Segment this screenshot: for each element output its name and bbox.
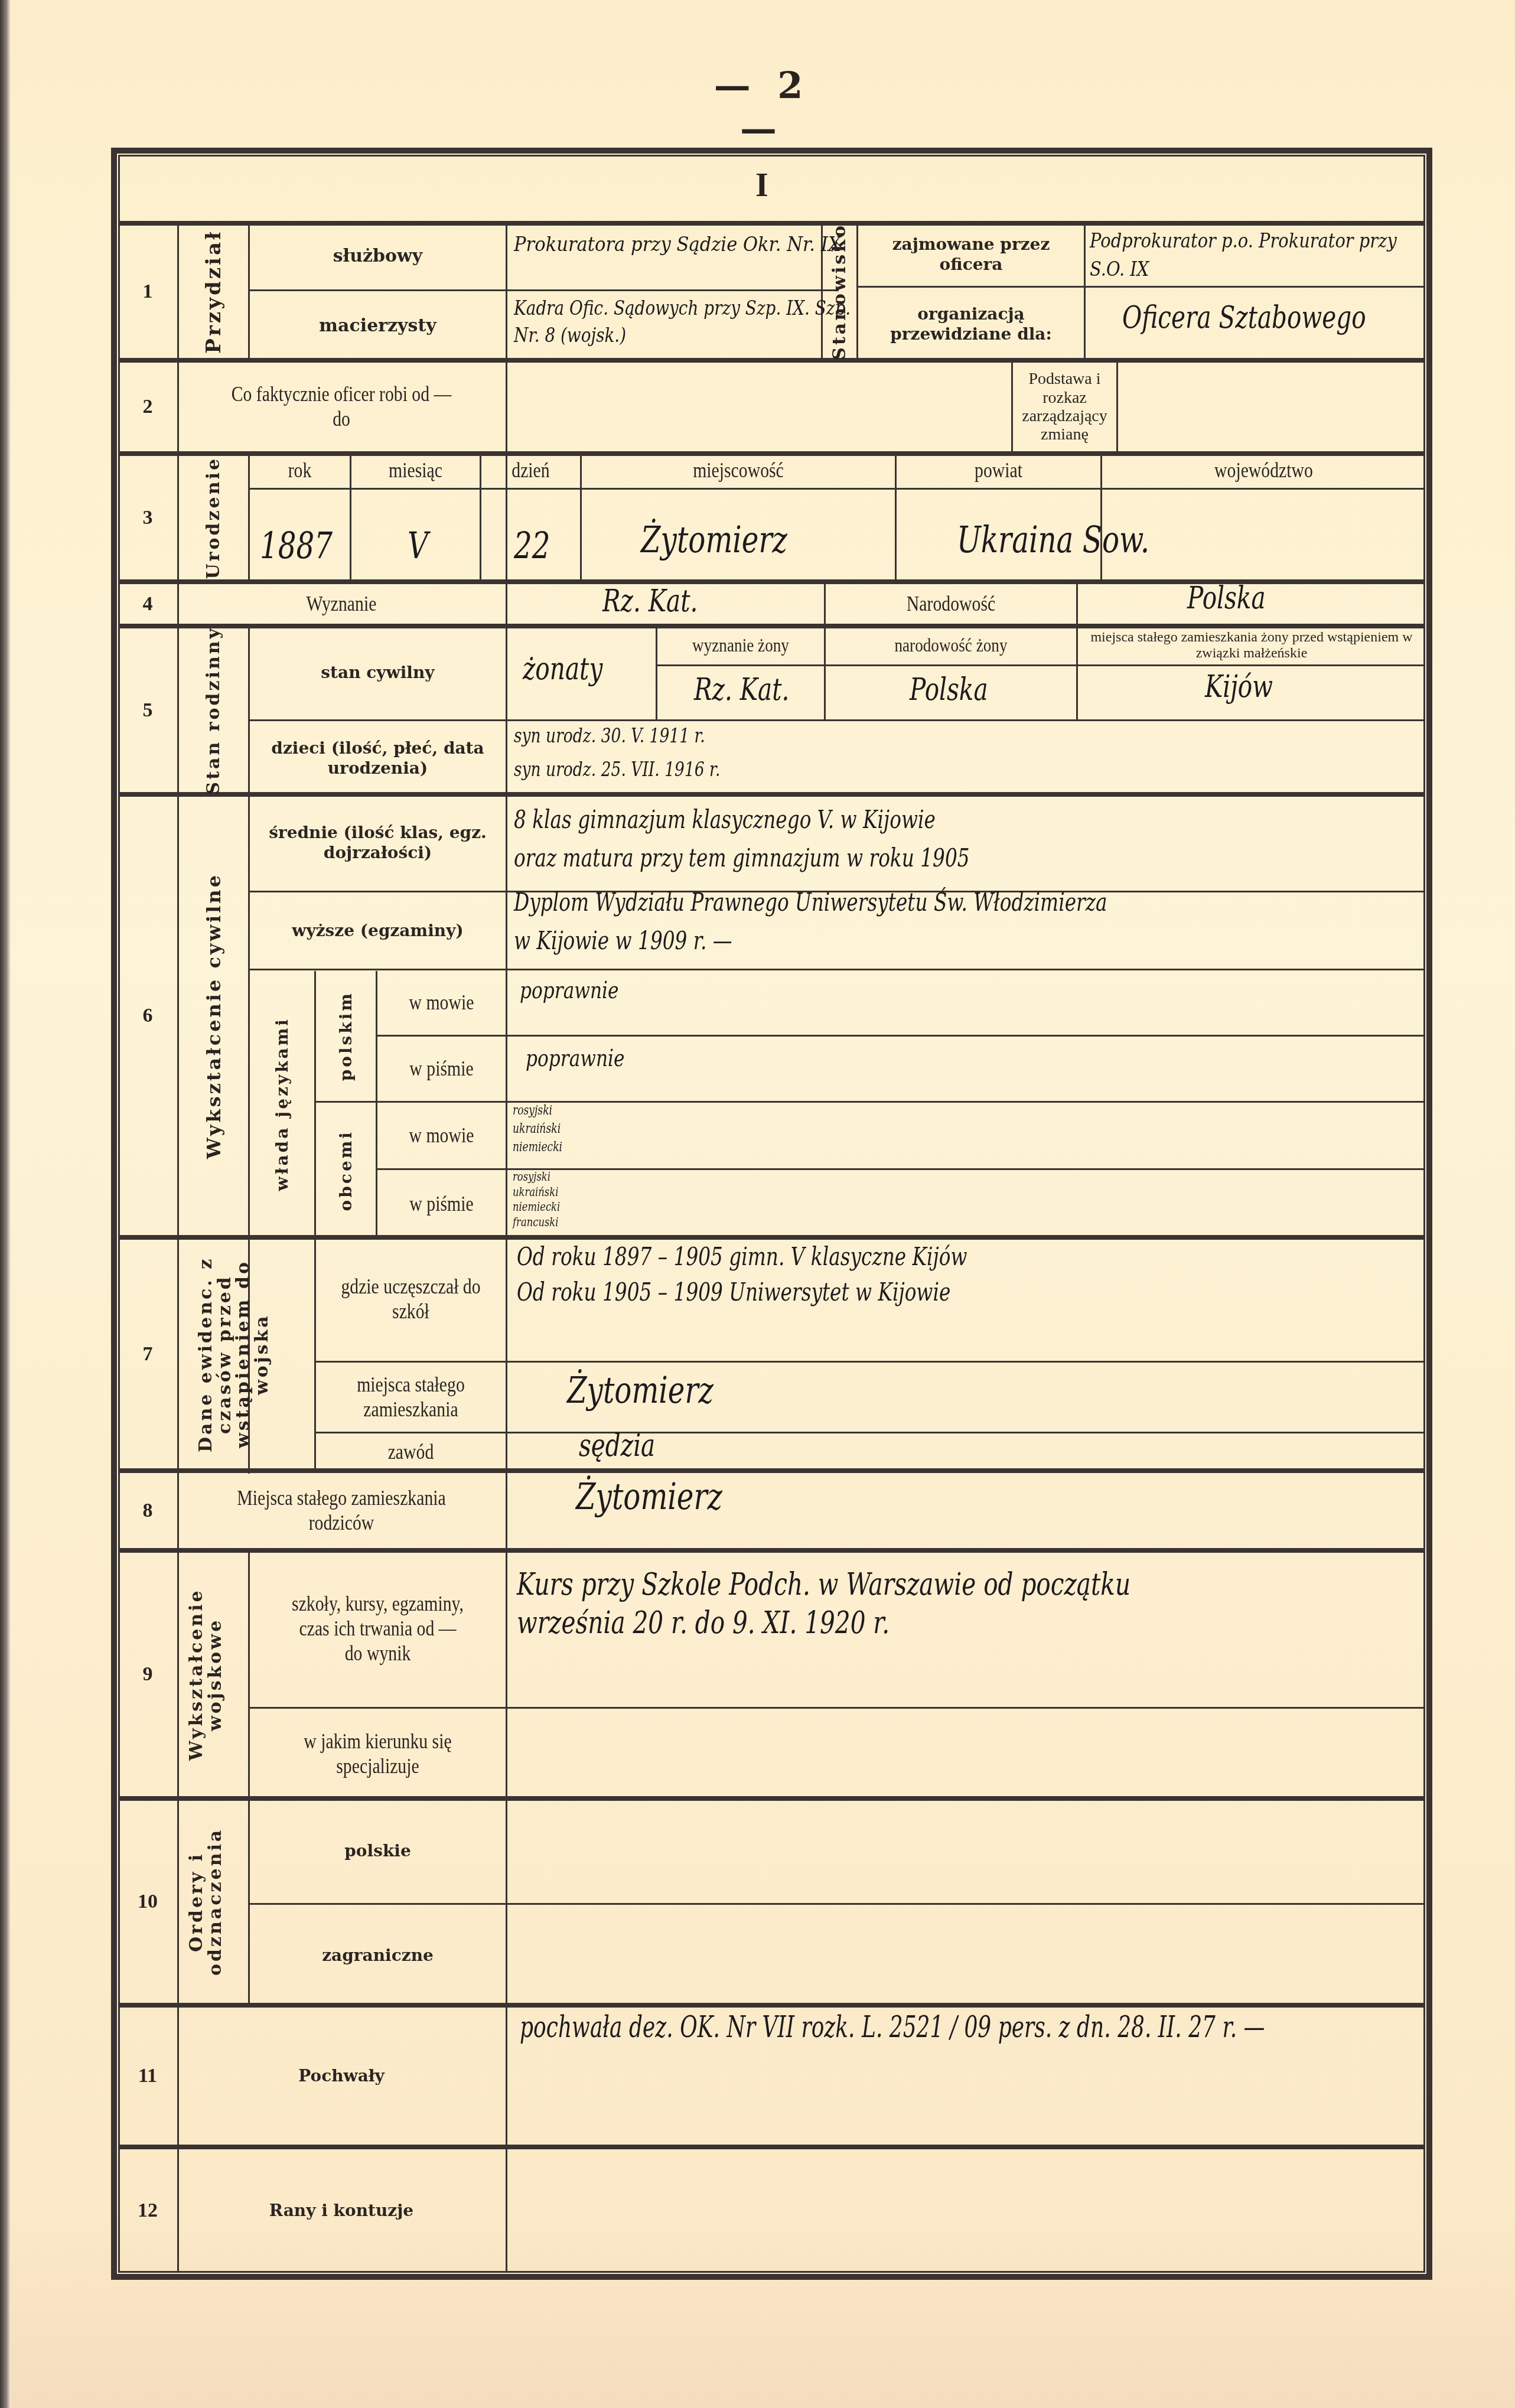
value-child-2[interactable]: syn urodz. 25. VII. 1916 r. [514,759,720,781]
label-actual-duty: Co faktycznie oficer robi od — do [202,360,481,454]
value-polish-writing[interactable]: poprawnie [526,1045,624,1071]
group-label-cell: Dane ewidenc. z czasów przed wstąpieniem… [179,1237,314,1471]
value-birth-year[interactable]: 1887 [260,526,333,566]
group-label-pre-military: Dane ewidenc. z czasów przed wstąpieniem… [197,1248,297,1461]
group-label-languages: włada językami [272,1017,292,1191]
group-label-cell: Stanowisko [823,223,856,360]
value-profession[interactable]: sędzia [579,1429,655,1463]
language-entry: rosyjski [513,1102,562,1120]
label-pochwaly: Pochwały [177,2005,506,2147]
group-label-cell: Urodzenie [179,454,248,582]
label-foreign-speech: w mowie [387,1103,496,1168]
language-entry: ukraiński [513,1185,560,1200]
value-birth-place[interactable]: Żytomierz [641,520,787,560]
col-header-powiat: powiat [912,454,1085,488]
group-label-cell: Ordery i odznaczenia [179,1798,248,2005]
col-header-miesiac: miesiąc [361,454,470,488]
col-divider [1084,223,1086,360]
row-number: 1 [118,223,177,360]
value-narodowosc[interactable]: Polska [1187,582,1266,615]
language-entry: niemiecki [513,1139,562,1157]
label-macierzysty: macierzysty [250,291,506,360]
col-header-dzien: dzień [489,454,573,488]
group-label-military-edu: Wykształcenie wojskowe [187,1586,240,1763]
group-label-cell: obcemi [316,1103,376,1237]
col-divider [506,223,507,2273]
label-stan-cywilny: stan cywilny [250,626,506,719]
value-schools-1[interactable]: Od roku 1897 – 1905 gimn. V klasyczne Ki… [517,1243,967,1270]
value-residence[interactable]: Żytomierz [567,1370,713,1410]
group-label-polish: polskim [336,991,356,1081]
cell-divider [856,286,1425,288]
value-planned[interactable]: Oficera Sztabowego [1122,301,1366,335]
value-birth-day[interactable]: 22 [514,526,550,566]
label-orders-foreign: zagraniczne [250,1905,506,2005]
value-basis[interactable] [1118,360,1425,454]
col-header-wojewodztwo: województwo [1126,454,1401,488]
label-wife-residence: miejsca stałego zamieszkania żony przed … [1078,626,1425,664]
label-wife-religion: wyznanie żony [670,626,812,664]
row-number: 3 [118,454,177,582]
col-divider [376,971,377,1237]
value-wife-religion[interactable]: Rz. Kat. [694,673,789,707]
group-label-cell: Wykształcenie cywilne [179,794,248,1237]
value-child-1[interactable]: syn urodz. 30. V. 1911 r. [514,725,705,747]
row-number: 2 [118,360,177,454]
row-number: 12 [118,2147,177,2274]
cell-divider [314,1432,1425,1433]
value-secondary-edu-1[interactable]: 8 klas gimnazjum klasycznego V. w Kijowi… [514,806,936,833]
value-wife-residence[interactable]: Kijów [1205,670,1273,704]
language-entry: francuski [513,1215,560,1230]
col-divider [824,626,826,721]
label-wife-nationality: narodowość żony [845,626,1057,664]
value-schools-2[interactable]: Od roku 1905 – 1909 Uniwersytet w Kijowi… [517,1279,950,1306]
value-birth-month[interactable]: V [408,526,428,566]
value-rany[interactable] [508,2147,1425,2274]
col-divider [580,454,582,582]
group-label-cell: Przydział [179,223,248,360]
label-foreign-writing: w piśmie [387,1171,496,1237]
label-residence: miejsca stałego zamieszkania [330,1363,491,1432]
row-number: 6 [118,794,177,1237]
value-foreign-writing[interactable]: rosyjski ukraiński niemiecki francuski [513,1169,574,1230]
language-entry: rosyjski [513,1169,560,1185]
value-higher-edu-2[interactable]: w Kijowie w 1909 r. — [514,927,732,954]
row-number: 4 [118,582,177,626]
value-orders-polish[interactable] [508,1798,1425,1903]
language-entry: ukraiński [513,1120,562,1139]
value-birth-county[interactable]: Ukraina Sow. [957,520,1149,560]
group-label-foreign: obcemi [336,1130,356,1211]
row-number: 5 [118,626,177,794]
row-number: 7 [118,1237,177,1471]
group-label-stan-rodzinny: Stan rodzinny [203,626,224,795]
col-divider [350,454,351,582]
group-label-cell: włada językami [250,971,314,1237]
col-divider [895,454,897,582]
label-secondary-edu: średnie (ilość klas, egz. dojrzałości) [250,794,506,891]
cell-divider [248,969,1425,970]
group-label-cell: polskim [316,971,376,1101]
cell-divider [248,1903,1425,1905]
section-title: I [732,167,791,204]
label-specialization: w jakim kierunku się specjalizuje [269,1709,486,1798]
cell-divider [248,719,1425,721]
cell-divider [376,1035,1425,1037]
row-number: 9 [118,1550,177,1798]
value-wyznanie[interactable]: Rz. Kat. [602,585,698,618]
group-label-wyksztalcenie-cywilne: Wykształcenie cywilne [203,873,225,1159]
value-macierzysty[interactable]: Kadra Ofic. Sądowych przy Szp. IX. Szp. … [514,295,853,350]
value-polish-speech[interactable]: poprawnie [520,977,618,1003]
language-entry: niemiecki [513,1200,560,1215]
value-stan-cywilny[interactable]: żonaty [523,653,602,686]
cell-divider [248,488,1425,490]
cell-divider [656,664,1425,666]
value-pochwaly[interactable]: pochwała dez. OK. Nr VII rozk. L. 2521 /… [520,2011,1265,2044]
cell-divider [248,1707,1425,1709]
col-divider [480,454,481,582]
label-basis: Podstawa i rozkaz zarządzający zmianę [1013,361,1116,452]
value-higher-edu-1[interactable]: Dyplom Wydziału Prawnego Uniwersytetu Św… [514,889,1107,916]
group-label-cell: Wykształcenie wojskowe [179,1550,248,1798]
label-military-courses: szkoły, kursy, egzaminy, czas ich trwani… [269,1550,486,1707]
row-number: 11 [118,2005,177,2147]
label-orders-polish: polskie [250,1798,506,1903]
value-actual-duty[interactable] [508,360,1011,454]
value-parents-residence[interactable]: Żytomierz [576,1477,722,1517]
row-number: 8 [118,1471,177,1550]
label-profession: zawód [330,1434,491,1471]
col-header-miejscowosc: miejscowość [605,454,872,488]
cell-divider [314,1101,1425,1103]
label-sluzbowy: służbowy [250,223,506,289]
value-orders-foreign[interactable] [508,1905,1425,2005]
label-wyznanie: Wyznanie [202,582,481,626]
col-divider [248,454,250,582]
scan-edge [0,0,11,2408]
value-foreign-speech[interactable]: rosyjski ukraiński niemiecki [513,1102,576,1156]
label-occupied: zajmowane przez oficera [858,223,1084,286]
value-military-courses-2[interactable]: września 20 r. do 9. XI. 1920 r. [517,1607,890,1640]
group-label-przydzial: Przydział [202,230,226,354]
page-number: — 2 — [697,64,827,150]
label-rany: Rany i kontuzje [177,2147,506,2274]
label-narodowosc: Narodowość [845,582,1057,626]
group-label-urodzenie: Urodzenie [203,457,224,579]
value-specialization[interactable] [508,1709,1425,1798]
value-occupied[interactable]: Podprokurator p.o. Prokurator przy S.O. … [1090,227,1411,284]
label-parents-residence: Miejsca stałego zamieszkania rodziców [202,1471,481,1550]
group-label-cell: Stan rodzinny [179,626,248,794]
cell-divider [314,1361,1425,1363]
label-schools: gdzie uczęszczał do szkół [330,1237,491,1361]
col-divider [314,1237,316,1471]
label-children: dzieci (ilość, płeć, data urodzenia) [250,722,506,794]
value-secondary-edu-2[interactable]: oraz matura przy tem gimnazjum w roku 19… [514,845,970,872]
value-wife-nationality[interactable]: Polska [910,673,988,707]
col-divider [824,582,826,626]
group-label-stanowisko: Stanowisko [829,223,850,360]
col-divider [1076,582,1078,626]
label-polish-writing: w piśmie [387,1037,496,1101]
row-number: 10 [118,1798,177,2005]
label-planned: organizacją przewidziane dla: [858,288,1084,360]
value-military-courses-1[interactable]: Kurs przy Szkole Podch. w Warszawie od p… [517,1568,1130,1602]
label-polish-speech: w mowie [387,971,496,1035]
label-higher-edu: wyższe (egzaminy) [250,893,506,969]
group-label-orders: Ordery i odznaczenia [187,1813,240,1990]
col-divider [656,626,657,721]
col-header-rok: rok [258,454,343,488]
